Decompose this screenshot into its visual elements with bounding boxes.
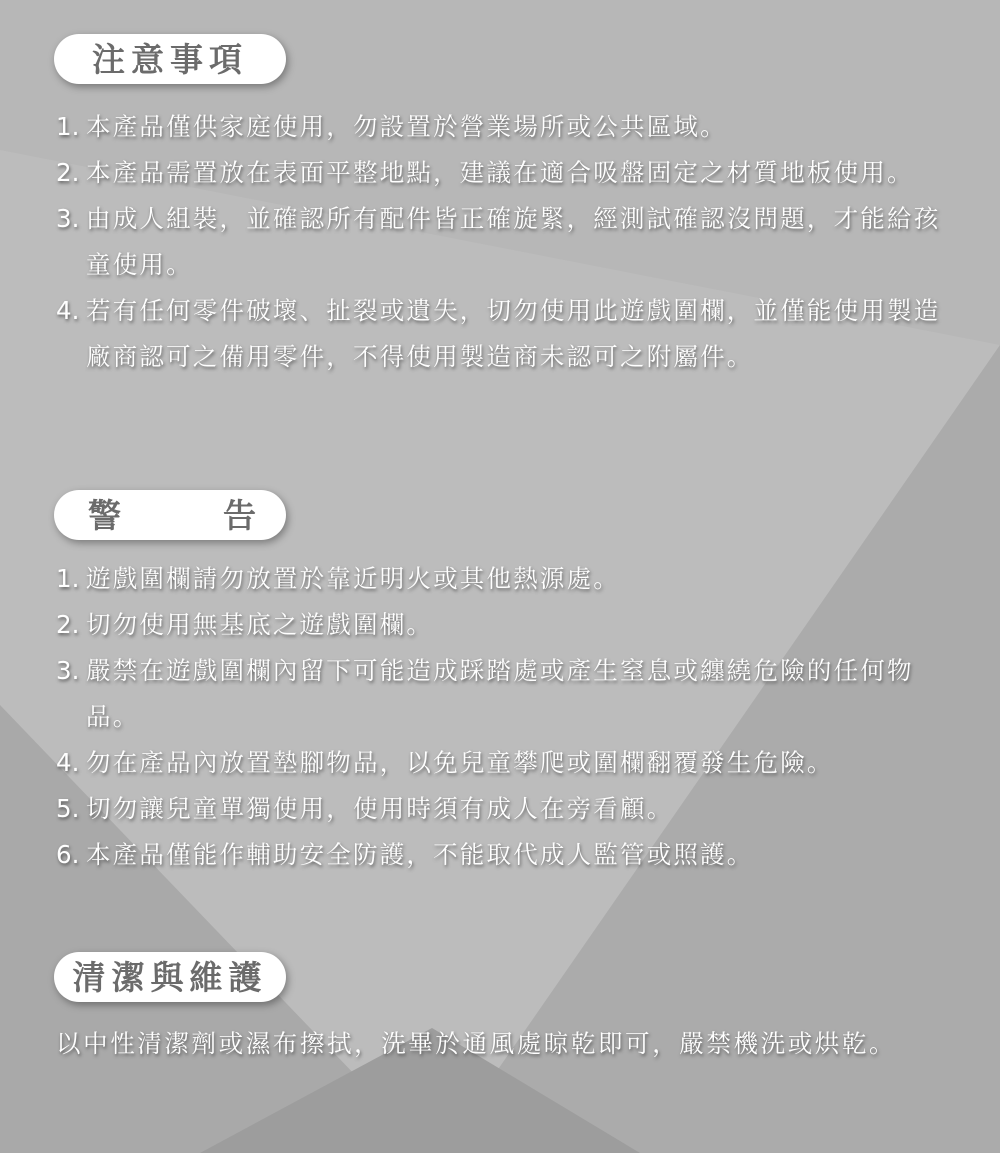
item-number: 3. [56, 648, 86, 740]
item-number: 3. [56, 196, 86, 288]
care-instructions-text: 以中性清潔劑或濕布擦拭，洗畢於通風處晾乾即可，嚴禁機洗或烘乾。 [56, 1022, 961, 1066]
notes-item-1: 1. 本產品僅供家庭使用，勿設置於營業場所或公共區域。 [56, 104, 966, 150]
item-number: 4. [56, 740, 86, 786]
item-text: 若有任何零件破壞、扯裂或遺失，切勿使用此遊戲圍欄，並僅能使用製造廠商認可之備用零… [86, 288, 966, 380]
item-number: 4. [56, 288, 86, 380]
item-text: 切勿使用無基底之遊戲圍欄。 [86, 602, 966, 648]
item-number: 2. [56, 602, 86, 648]
notes-item-3: 3. 由成人組裝，並確認所有配件皆正確旋緊，經測試確認沒問題，才能給孩童使用。 [56, 196, 966, 288]
warning-item-4: 4. 勿在產品內放置墊腳物品，以免兒童攀爬或圍欄翻覆發生危險。 [56, 740, 966, 786]
warning-title-right: 告 [223, 499, 256, 532]
warning-item-1: 1. 遊戲圍欄請勿放置於靠近明火或其他熱源處。 [56, 556, 966, 602]
item-text: 遊戲圍欄請勿放置於靠近明火或其他熱源處。 [86, 556, 966, 602]
item-text: 切勿讓兒童單獨使用，使用時須有成人在旁看顧。 [86, 786, 966, 832]
notes-section-title: 注意事項 [92, 43, 248, 76]
item-number: 5. [56, 786, 86, 832]
item-text: 勿在產品內放置墊腳物品，以免兒童攀爬或圍欄翻覆發生危險。 [86, 740, 966, 786]
warning-item-3: 3. 嚴禁在遊戲圍欄內留下可能造成踩踏處或產生窒息或纏繞危險的任何物品。 [56, 648, 966, 740]
warning-item-6: 6. 本產品僅能作輔助安全防護，不能取代成人監管或照護。 [56, 832, 966, 878]
instructions-page: 注意事項 1. 本產品僅供家庭使用，勿設置於營業場所或公共區域。 2. 本產品需… [0, 0, 1000, 1153]
item-number: 1. [56, 556, 86, 602]
item-text: 本產品僅能作輔助安全防護，不能取代成人監管或照護。 [86, 832, 966, 878]
warning-section-header: 警 告 [54, 490, 286, 540]
item-text: 本產品僅供家庭使用，勿設置於營業場所或公共區域。 [86, 104, 966, 150]
item-text: 本產品需置放在表面平整地點，建議在適合吸盤固定之材質地板使用。 [86, 150, 966, 196]
warning-title-left: 警 [88, 499, 121, 532]
item-number: 1. [56, 104, 86, 150]
warning-item-5: 5. 切勿讓兒童單獨使用，使用時須有成人在旁看顧。 [56, 786, 966, 832]
item-number: 2. [56, 150, 86, 196]
item-number: 6. [56, 832, 86, 878]
care-section-title: 清潔與維護 [73, 961, 268, 994]
notes-item-4: 4. 若有任何零件破壞、扯裂或遺失，切勿使用此遊戲圍欄，並僅能使用製造廠商認可之… [56, 288, 966, 380]
warning-item-2: 2. 切勿使用無基底之遊戲圍欄。 [56, 602, 966, 648]
item-text: 由成人組裝，並確認所有配件皆正確旋緊，經測試確認沒問題，才能給孩童使用。 [86, 196, 966, 288]
warning-list: 1. 遊戲圍欄請勿放置於靠近明火或其他熱源處。 2. 切勿使用無基底之遊戲圍欄。… [56, 556, 966, 878]
item-text: 嚴禁在遊戲圍欄內留下可能造成踩踏處或產生窒息或纏繞危險的任何物品。 [86, 648, 966, 740]
care-section-header: 清潔與維護 [54, 952, 286, 1002]
notes-item-2: 2. 本產品需置放在表面平整地點，建議在適合吸盤固定之材質地板使用。 [56, 150, 966, 196]
notes-list: 1. 本產品僅供家庭使用，勿設置於營業場所或公共區域。 2. 本產品需置放在表面… [56, 104, 966, 380]
notes-section-header: 注意事項 [54, 34, 286, 84]
